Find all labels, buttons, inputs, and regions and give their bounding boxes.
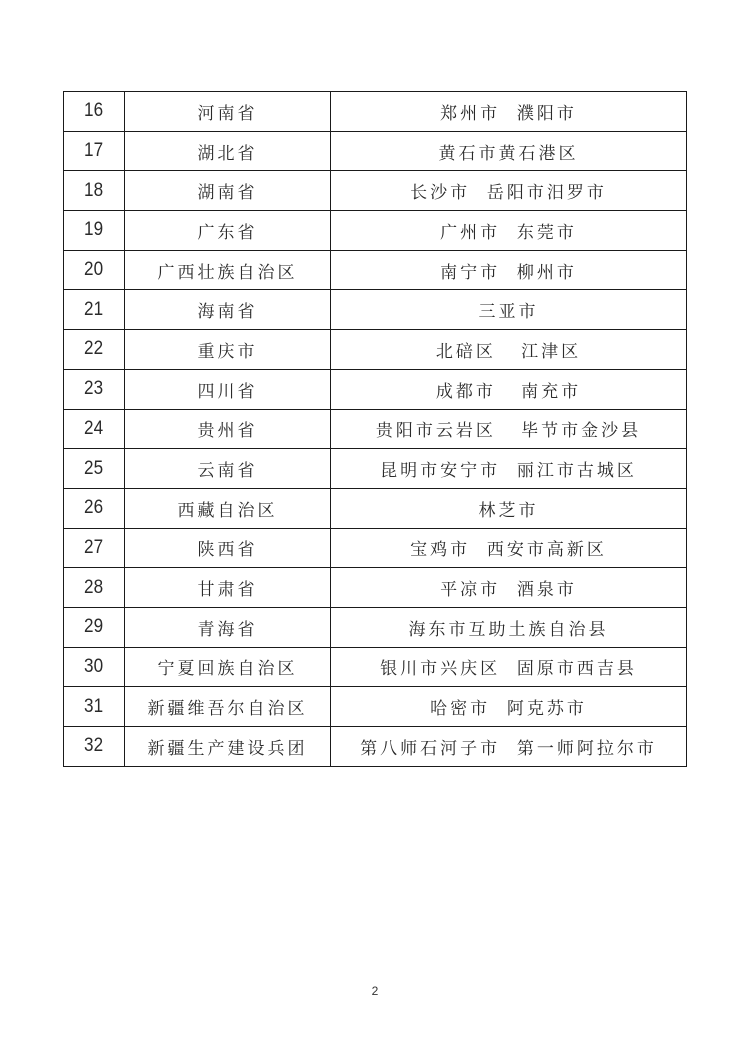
cities-cell: 长沙市 岳阳市汨罗市	[331, 171, 687, 211]
row-number: 16	[84, 100, 103, 122]
table-row: 31 新疆维吾尔自治区 哈密市 阿克苏市	[64, 687, 687, 727]
row-number-cell: 24	[64, 409, 125, 449]
cities-cell: 北碚区 江津区	[331, 330, 687, 370]
province-cell: 贵州省	[125, 409, 331, 449]
province-cell: 新疆维吾尔自治区	[125, 687, 331, 727]
row-number-cell: 23	[64, 369, 125, 409]
province-cell: 宁夏回族自治区	[125, 647, 331, 687]
row-number-cell: 25	[64, 449, 125, 489]
cities-cell: 第八师石河子市 第一师阿拉尔市	[331, 727, 687, 767]
row-number: 31	[84, 696, 103, 718]
province-cell: 青海省	[125, 607, 331, 647]
row-number-cell: 18	[64, 171, 125, 211]
table-row: 25 云南省 昆明市安宁市 丽江市古城区	[64, 449, 687, 489]
row-number: 30	[84, 656, 103, 678]
cities-cell: 哈密市 阿克苏市	[331, 687, 687, 727]
document-page: 16 河南省 郑州市 濮阳市 17 湖北省 黄石市黄石港区 18 湖南省 长沙市…	[0, 0, 750, 1061]
row-number: 21	[84, 299, 103, 321]
table-row: 22 重庆市 北碚区 江津区	[64, 330, 687, 370]
cities-cell: 成都市 南充市	[331, 369, 687, 409]
table-row: 30 宁夏回族自治区 银川市兴庆区 固原市西吉县	[64, 647, 687, 687]
row-number: 18	[84, 180, 103, 202]
cities-cell: 黄石市黄石港区	[331, 131, 687, 171]
row-number-cell: 28	[64, 568, 125, 608]
row-number-cell: 22	[64, 330, 125, 370]
cities-cell: 南宁市 柳州市	[331, 250, 687, 290]
table-row: 23 四川省 成都市 南充市	[64, 369, 687, 409]
cities-cell: 广州市 东莞市	[331, 211, 687, 251]
row-number: 29	[84, 616, 103, 638]
row-number: 17	[84, 140, 103, 162]
row-number: 32	[84, 735, 103, 757]
row-number-cell: 21	[64, 290, 125, 330]
row-number-cell: 31	[64, 687, 125, 727]
table-row: 17 湖北省 黄石市黄石港区	[64, 131, 687, 171]
cities-cell: 昆明市安宁市 丽江市古城区	[331, 449, 687, 489]
table-row: 21 海南省 三亚市	[64, 290, 687, 330]
row-number: 24	[84, 418, 103, 440]
province-cell: 甘肃省	[125, 568, 331, 608]
province-cell: 西藏自治区	[125, 488, 331, 528]
table-row: 16 河南省 郑州市 濮阳市	[64, 92, 687, 132]
page-number: 2	[0, 984, 750, 998]
row-number-cell: 30	[64, 647, 125, 687]
province-cell: 云南省	[125, 449, 331, 489]
province-cell: 河南省	[125, 92, 331, 132]
row-number-cell: 16	[64, 92, 125, 132]
table-row: 20 广西壮族自治区 南宁市 柳州市	[64, 250, 687, 290]
row-number: 27	[84, 537, 103, 559]
province-cell: 湖南省	[125, 171, 331, 211]
table-row: 32 新疆生产建设兵团 第八师石河子市 第一师阿拉尔市	[64, 727, 687, 767]
cities-cell: 贵阳市云岩区 毕节市金沙县	[331, 409, 687, 449]
row-number-cell: 19	[64, 211, 125, 251]
province-cell: 新疆生产建设兵团	[125, 727, 331, 767]
cities-cell: 银川市兴庆区 固原市西吉县	[331, 647, 687, 687]
row-number: 22	[84, 338, 103, 360]
pilot-cities-table: 16 河南省 郑州市 濮阳市 17 湖北省 黄石市黄石港区 18 湖南省 长沙市…	[63, 91, 687, 767]
province-cell: 广西壮族自治区	[125, 250, 331, 290]
table-row: 24 贵州省 贵阳市云岩区 毕节市金沙县	[64, 409, 687, 449]
row-number: 23	[84, 378, 103, 400]
row-number-cell: 26	[64, 488, 125, 528]
row-number-cell: 27	[64, 528, 125, 568]
row-number: 20	[84, 259, 103, 281]
row-number: 26	[84, 497, 103, 519]
row-number: 19	[84, 219, 103, 241]
province-cell: 陕西省	[125, 528, 331, 568]
row-number: 28	[84, 577, 103, 599]
row-number-cell: 32	[64, 727, 125, 767]
row-number-cell: 17	[64, 131, 125, 171]
province-cell: 广东省	[125, 211, 331, 251]
table-row: 27 陕西省 宝鸡市 西安市高新区	[64, 528, 687, 568]
province-cell: 湖北省	[125, 131, 331, 171]
row-number-cell: 29	[64, 607, 125, 647]
table-row: 18 湖南省 长沙市 岳阳市汨罗市	[64, 171, 687, 211]
cities-cell: 三亚市	[331, 290, 687, 330]
cities-cell: 海东市互助土族自治县	[331, 607, 687, 647]
row-number: 25	[84, 458, 103, 480]
cities-cell: 宝鸡市 西安市高新区	[331, 528, 687, 568]
cities-cell: 平凉市 酒泉市	[331, 568, 687, 608]
province-cell: 重庆市	[125, 330, 331, 370]
table-row: 26 西藏自治区 林芝市	[64, 488, 687, 528]
province-cell: 海南省	[125, 290, 331, 330]
row-number-cell: 20	[64, 250, 125, 290]
table-row: 29 青海省 海东市互助土族自治县	[64, 607, 687, 647]
province-cell: 四川省	[125, 369, 331, 409]
table-row: 28 甘肃省 平凉市 酒泉市	[64, 568, 687, 608]
table-row: 19 广东省 广州市 东莞市	[64, 211, 687, 251]
cities-cell: 林芝市	[331, 488, 687, 528]
cities-cell: 郑州市 濮阳市	[331, 92, 687, 132]
